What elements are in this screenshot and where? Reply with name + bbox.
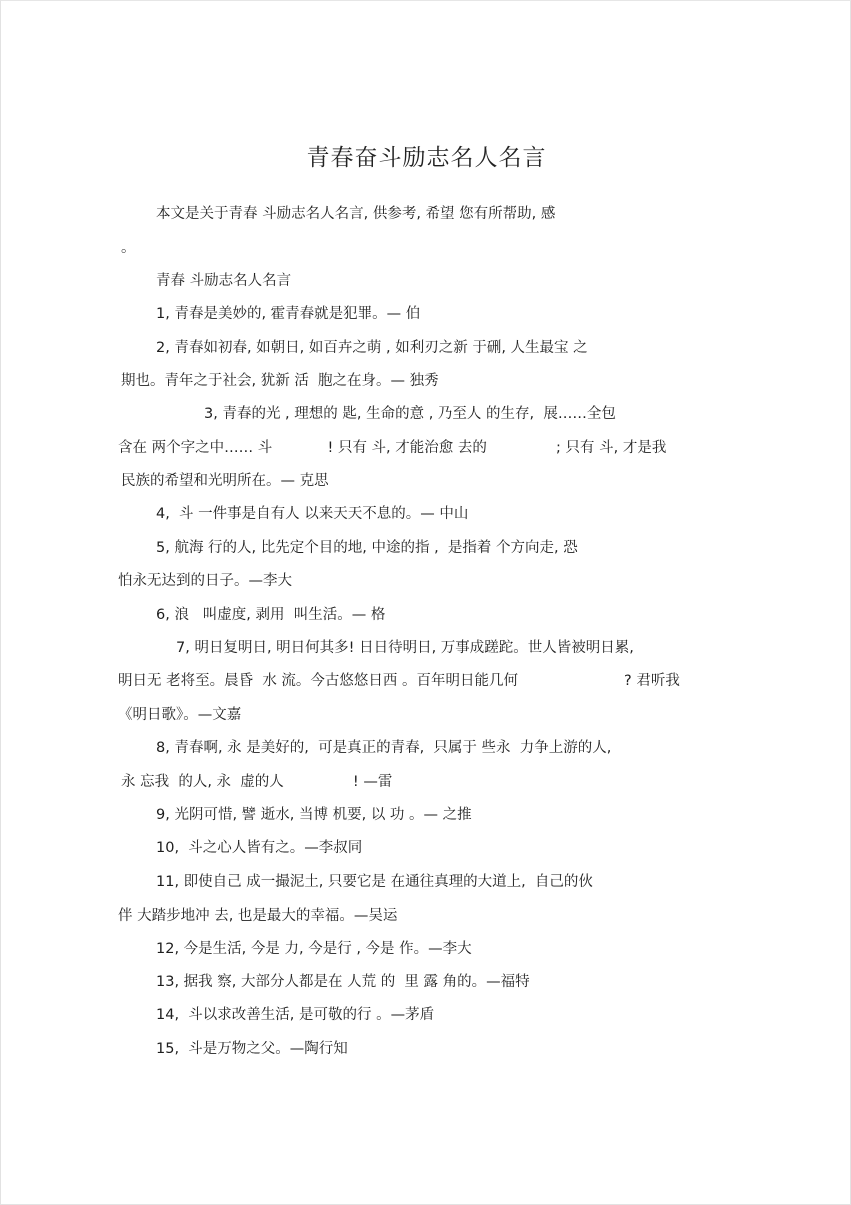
text-line: 3, 青春的光 , 理想的 匙, 生命的意 , 乃至人 的生存, 展……全包	[204, 404, 616, 424]
text-line: 《明日歌》。—文嘉	[118, 705, 241, 725]
text-line: 民族的希望和光明所在。— 克思	[121, 471, 329, 491]
text-line: 含在 两个字之中…… 斗 ! 只有 斗, 才能治愈 去的 ; 只有 斗, 才是我	[118, 438, 666, 458]
text-line: 。	[121, 238, 136, 258]
text-line: 5, 航海 行的人, 比先定个目的地, 中途的指 , 是指着 个方向走, 恐	[156, 538, 578, 558]
text-line: 4, 斗 一件事是自有人 以来天天不息的。— 中山	[156, 504, 468, 524]
text-line: 2, 青春如初春, 如朝日, 如百卉之萌 , 如利刃之新 于硎, 人生最宝 之	[156, 338, 588, 358]
text-line: 永 忘我 的人, 永 虚的人 ! —雷	[121, 772, 392, 792]
text-line: 15, 斗是万物之父。—陶行知	[156, 1039, 348, 1059]
text-line: 明日无 老将至。晨昏 水 流。今古悠悠日西 。百年明日能几何 ? 君听我	[118, 671, 680, 691]
text-line: 14, 斗以求改善生活, 是可敬的行 。—茅盾	[156, 1005, 434, 1025]
text-line: 12, 今是生活, 今是 力, 今是行 , 今是 作。—李大	[156, 939, 472, 959]
text-line: 本文是关于青春 斗励志名人名言, 供参考, 希望 您有所帮助, 感	[156, 204, 555, 224]
text-line: 6, 浪 叫虚度, 剥用 叫生活。— 格	[156, 605, 385, 625]
text-line: 9, 光阴可惜, 譬 逝水, 当博 机要, 以 功 。— 之推	[156, 805, 472, 825]
text-line: 8, 青春啊, 永 是美好的, 可是真正的青春, 只属于 些永 力争上游的人,	[156, 738, 611, 758]
text-line: 11, 即使自己 成一撮泥土, 只要它是 在通往真理的大道上, 自己的伙	[156, 872, 593, 892]
text-line: 1, 青春是美妙的, 霍青春就是犯罪。— 伯	[156, 304, 420, 324]
document-title: 青春奋斗励志名人名言	[1, 139, 851, 172]
document-page: 青春奋斗励志名人名言 本文是关于青春 斗励志名人名言, 供参考, 希望 您有所帮…	[0, 0, 851, 1205]
text-line: 伴 大踏步地冲 去, 也是最大的幸福。—吴运	[118, 906, 397, 926]
text-line: 期也。青年之于社会, 犹新 活 胞之在身。— 独秀	[121, 371, 439, 391]
text-line: 7, 明日复明日, 明日何其多! 日日待明日, 万事成蹉跎。世人皆被明日累,	[176, 638, 634, 658]
text-line: 怕永无达到的日子。—李大	[118, 571, 292, 591]
text-line: 10, 斗之心人皆有之。—李叔同	[156, 838, 362, 858]
text-line: 青春 斗励志名人名言	[156, 271, 291, 291]
text-line: 13, 据我 察, 大部分人都是在 人荒 的 里 露 角的。—福特	[156, 972, 530, 992]
